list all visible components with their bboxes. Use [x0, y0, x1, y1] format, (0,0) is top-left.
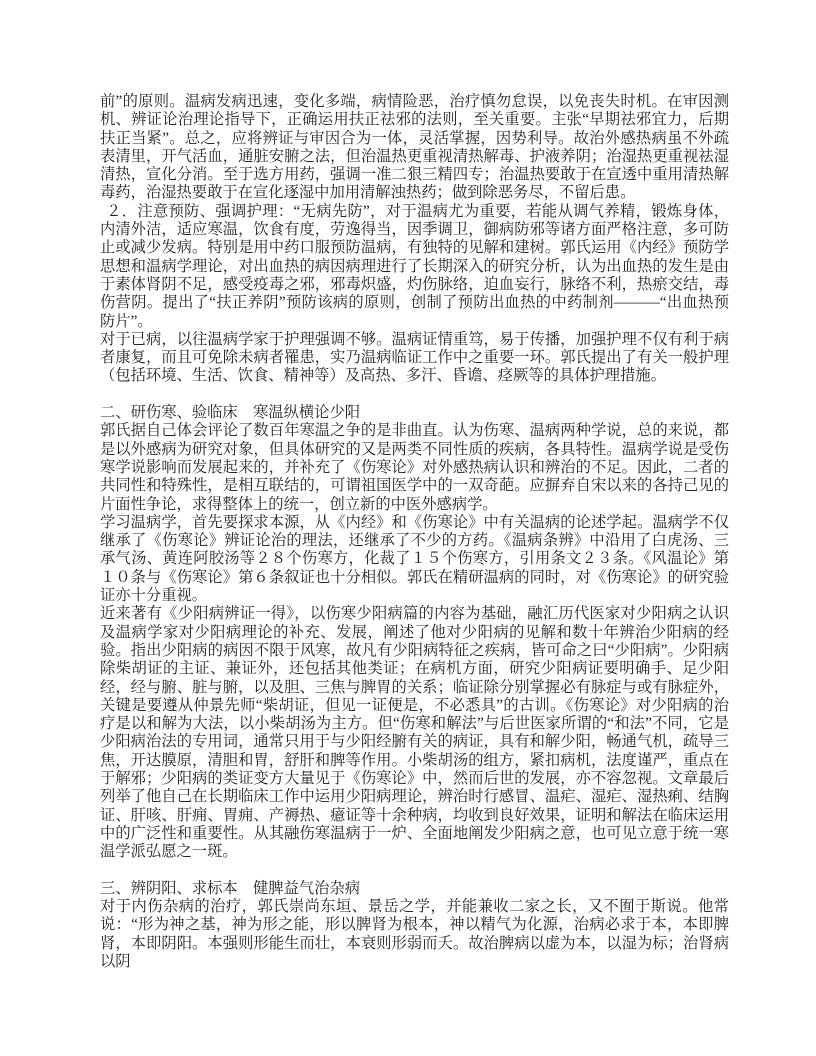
document-text-body: 前”的原则。温病发病迅速，变化多端，病情险恶，治疗慎勿怠误，以免丧失时机。在审因…	[100, 93, 729, 971]
paragraph-continuation: 前”的原则。温病发病迅速，变化多端，病情险恶，治疗慎勿怠误，以免丧失时机。在审因…	[100, 93, 729, 203]
paragraph-nursing-care: 对于已病，以往温病学家于护理强调不够。温病证情重笃，易于传播，加强护理不仅有利于…	[100, 331, 729, 386]
paragraph-cold-warm-debate: 郭氏据自己体会评论了数百年寒温之争的是非曲直。认为伤寒、温病两种学说，总的来说，…	[100, 422, 729, 513]
section-heading-2: 二、研伤寒、验临床 寒温纵横论少阳	[100, 404, 729, 422]
paragraph-shaoyang-theory: 近来著有《少阳病辨证一得》，以伤寒少阳病篇的内容为基础，融汇历代医家对少阳病之认…	[100, 605, 729, 861]
paragraph-miscellaneous-diseases: 对于内伤杂病的治疗，郭氏崇尚东垣、景岳之学，并能兼收二家之长，又不囿于斯说。他常…	[100, 898, 729, 971]
paragraph-numbered-item-2: ２．注意预防、强调护理：“无病先防”，对于温病尤为重要，若能从调气养精，锻炼身体…	[100, 203, 729, 331]
document-page: 前”的原则。温病发病迅速，变化多端，病情险恶，治疗慎勿怠误，以免丧失时机。在审因…	[0, 0, 816, 1056]
section-heading-3: 三、辨阴阳、求标本 健脾益气治杂病	[100, 880, 729, 898]
paragraph-study-wenbing: 学习温病学，首先要探求本源，从《内经》和《伤寒论》中有关温病的论述学起。温病学不…	[100, 514, 729, 605]
